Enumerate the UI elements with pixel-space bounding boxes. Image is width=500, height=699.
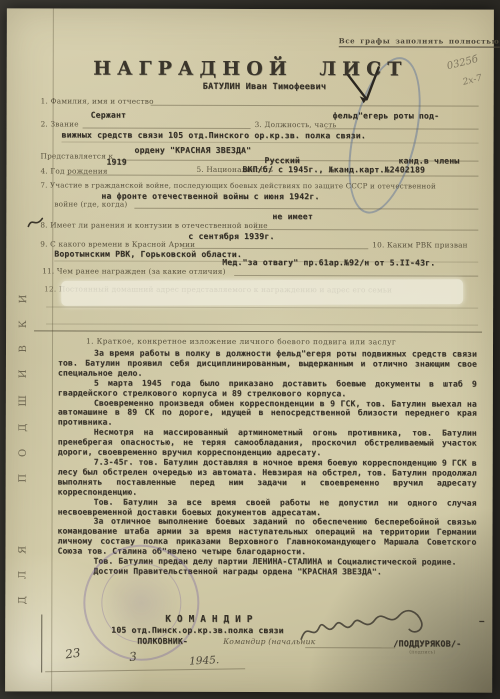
field-2-label: 2. Звание bbox=[41, 119, 79, 128]
document-title: НАГРАДНОЙ ЛИСТ bbox=[7, 57, 494, 80]
citation-paragraph: 7.3-45г. тов. Батулин доставляя в ночное… bbox=[58, 457, 477, 498]
margin-scribble-mark bbox=[26, 214, 44, 230]
citation-paragraph: Своевременно произведя обмен корреспонде… bbox=[58, 398, 477, 429]
commander-surname: /ПОДДУРЯКОВ/- bbox=[393, 638, 461, 648]
field-7-label-line2: войне (где, когда) bbox=[54, 199, 127, 208]
white-out-patch bbox=[61, 279, 463, 306]
section-2-heading: 1. Краткое, конкретное изложение личного… bbox=[86, 337, 396, 347]
field-3-position-value-cont: вижных средств связи 105 отд.Пинского ор… bbox=[62, 130, 366, 141]
presented-award-value: ордену "КРАСНАЯ ЗВЕЗДА" bbox=[135, 145, 252, 155]
signature-caption: (подпись) bbox=[409, 650, 435, 655]
citation-text-block: За время работы в полку в должности фель… bbox=[57, 348, 477, 577]
field-4-birthyear-value: 1919 bbox=[106, 157, 126, 167]
awardee-full-name: БАТУЛИН Иван Тимофеевич bbox=[203, 82, 327, 92]
citation-paragraph: 5 марта 1945 года было приказано достави… bbox=[58, 378, 477, 399]
field-9-value: с сентября 1939г. bbox=[188, 231, 274, 241]
margin-dash-mark: — bbox=[479, 616, 484, 626]
section-separator bbox=[34, 330, 482, 332]
field-2-rank-value: Сержант bbox=[91, 110, 127, 120]
field-7-label-line1: 7. Участие в гражданской войне, последую… bbox=[40, 180, 435, 190]
unit-line: 105 отд.Пинск.ор.кр.зв.полка связи bbox=[111, 625, 284, 635]
field-8-label: 8. Имеет ли ранения и контузии в отечест… bbox=[40, 220, 267, 230]
field-8-value: не имеет bbox=[272, 211, 313, 221]
fill-all-fields-note: Все графы заполнять полностью bbox=[339, 36, 500, 47]
citation-paragraph: Несмотря на массированный артминометный … bbox=[58, 428, 477, 459]
commander-title-line: КОМАНДИР bbox=[165, 614, 258, 625]
date-day: 23 bbox=[64, 646, 81, 662]
date-month: 3 bbox=[129, 649, 138, 664]
fold-line bbox=[51, 8, 54, 691]
scanned-photo-background: ДЛЯ ПОДШИВКИ Все графы заполнять полност… bbox=[0, 0, 500, 699]
presented-label: Представляется к bbox=[40, 151, 113, 160]
field-1-label: 1. Фамилия, имя и отчество bbox=[41, 96, 154, 105]
field-11-label: 11. Чем ранее награжден (за какие отличи… bbox=[42, 266, 225, 275]
field-6-party-value: ВКП/б/ с 1945г., №канд.карт.№2402189 bbox=[242, 164, 425, 174]
citation-paragraph: За время работы в полку в должности фель… bbox=[58, 348, 477, 379]
rank-typed: ПОЛКОВНИК- bbox=[137, 636, 188, 646]
field-7-value: на фронте отечественной войны с июня 194… bbox=[101, 191, 319, 202]
field-11-value: Мед."за отвагу" пр.61ар.№92/н от 5.II-43… bbox=[222, 257, 435, 268]
field-9-label: 9. С какого времени в Красной Армии bbox=[40, 239, 195, 248]
filing-margin-vertical-label: ДЛЯ ПОДШИВКИ bbox=[17, 224, 29, 604]
date-year: 1945. bbox=[189, 654, 220, 667]
field-3-position-value-start: фельд"егерь роты под- bbox=[333, 110, 440, 120]
field-10-label: 10. Каким РВК призван bbox=[372, 240, 468, 249]
award-sheet-page: ДЛЯ ПОДШИВКИ Все графы заполнять полност… bbox=[5, 8, 494, 692]
date-bracket-line bbox=[41, 614, 42, 672]
field-10-value: Воротынским РВК, Горьковской области. bbox=[54, 248, 242, 258]
